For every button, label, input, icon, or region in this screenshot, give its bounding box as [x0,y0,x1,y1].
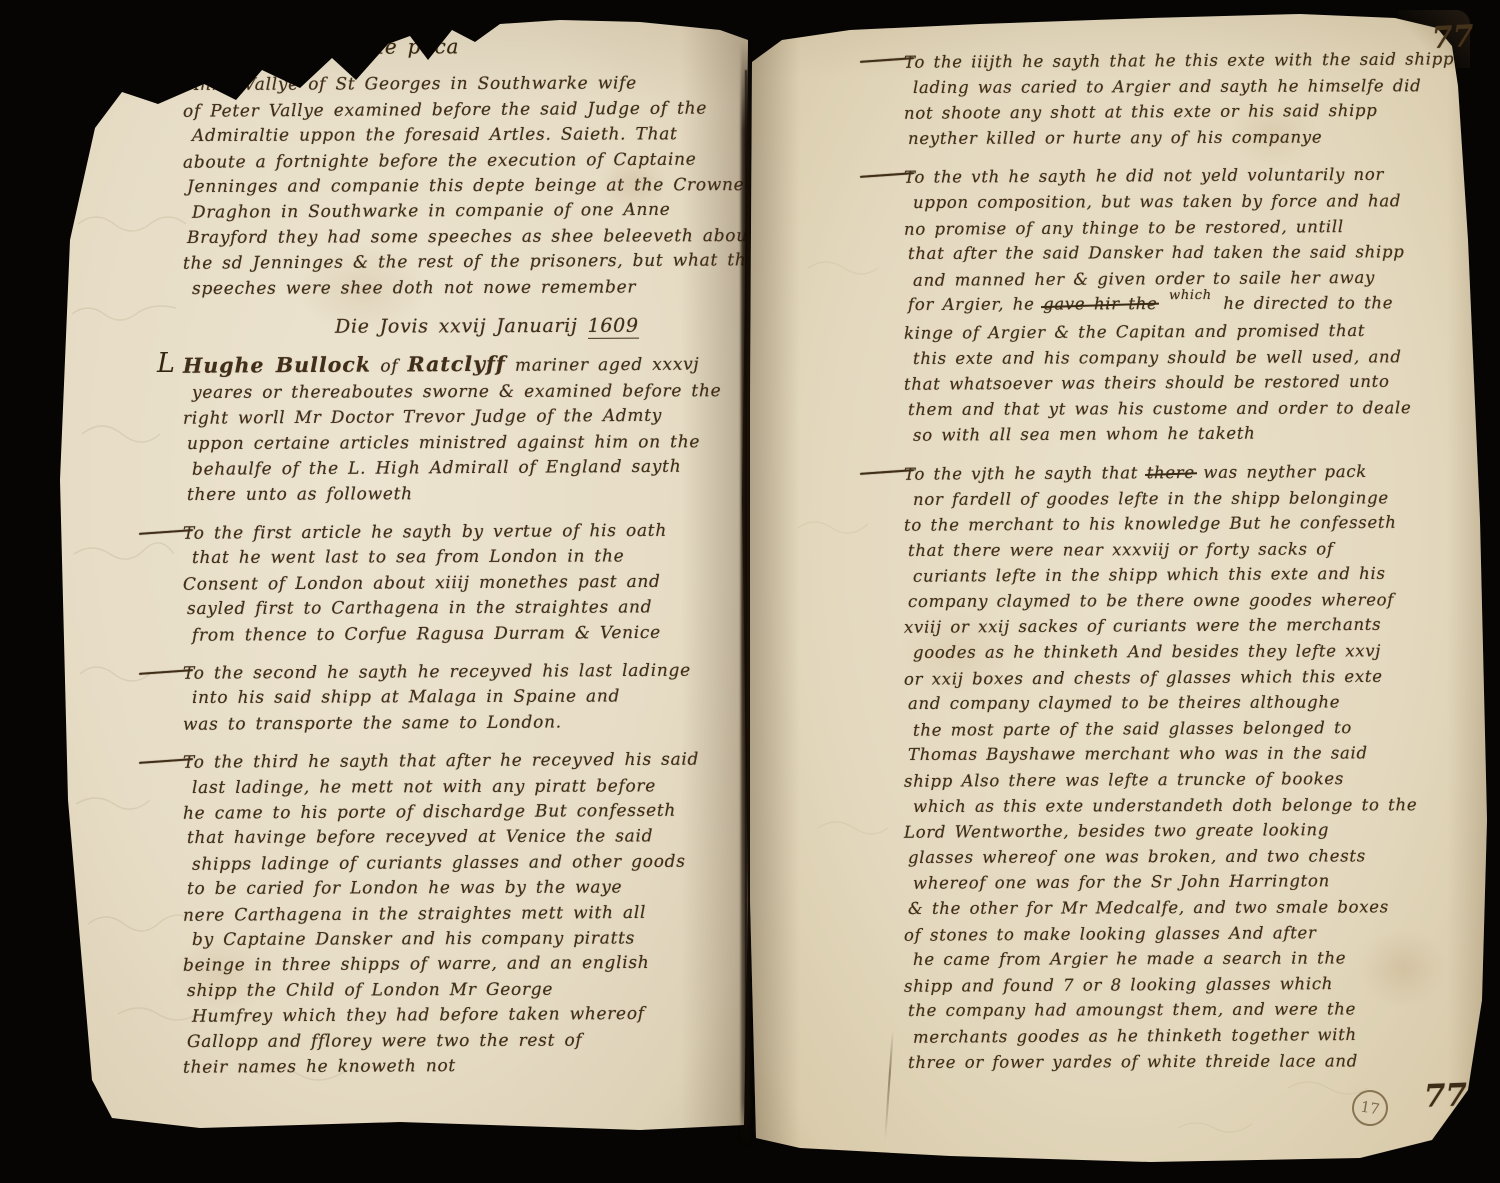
right-page-text: To the iiijth he sayth that he this exte… [904,48,1470,1087]
manuscript-line: the sd Jenninges & the rest of the priso… [183,249,749,278]
manuscript-line: aboute a fortnighte before the execution… [183,147,749,176]
manuscript-paragraph: To the vth he sayth he did not yeld volu… [904,163,1470,447]
folio-number-bottom: 77 [1423,1077,1467,1114]
manuscript-line: behaulfe of the L. High Admirall of Engl… [192,454,749,483]
manuscript-line: To the vjth he sayth that there was neyt… [904,458,1470,487]
manuscript-line: shipp and found 7 or 8 looking glasses w… [904,970,1470,999]
manuscript-line: nor fardell of goodes lefte in the shipp… [913,485,1470,513]
manuscript-line: merchants goodes as he thinketh together… [913,1021,1470,1050]
manuscript-paragraph: LHughe Bullock of Ratclyff mariner aged … [183,352,749,506]
manuscript-line: for Argier, he gave hir the which he dir… [908,290,1470,320]
manuscript-line: Die Jovis xxvij Januarij 1609 [335,313,749,340]
manuscript-line: kinge of Argier & the Capitan and promis… [904,317,1470,346]
manuscript-line: Humfrey which they had before taken wher… [192,1002,749,1031]
manuscript-line: that whatsoever was theirs should be res… [904,368,1470,397]
manuscript-line: not shoote any shott at this exte or his… [904,97,1470,126]
manuscript-line: shipp the Child of London Mr George [187,977,749,1004]
left-page-text: Die pdcaAnne Vallye of St Georges in Sou… [183,34,749,1092]
manuscript-paragraph: To the iiijth he sayth that he this exte… [904,48,1470,150]
manuscript-line: curiants lefte in the shipp which this e… [913,561,1470,590]
manuscript-line: or xxij boxes and chests of glasses whic… [904,663,1470,692]
manuscript-paragraph: To the third he sayth that after he rece… [183,749,749,1079]
manuscript-line: the company had amoungst them, and were … [908,996,1470,1024]
manuscript-line: Draghon in Southwarke in companie of one… [192,198,749,227]
manuscript-line: last ladinge, he mett not with any pirat… [192,774,749,801]
manuscript-line: To the vth he sayth he did not yeld volu… [904,162,1470,191]
manuscript-line: uppon certaine articles ministred agains… [187,430,749,457]
foliation-stamp-number: 17 [1359,1097,1381,1118]
emphasised-name: Ratclyff [408,352,506,377]
manuscript-line: To the iiijth he sayth that he this exte… [904,46,1470,75]
struck-text: there [1147,463,1195,482]
manuscript-line: he came to his porte of dischardge But c… [183,798,749,827]
manuscript-paragraph: To the second he sayth he receyved his l… [183,660,749,736]
manuscript-line: this exte and his company should be well… [913,344,1470,372]
book-gutter-crack [745,70,747,1130]
manuscript-line: glasses whereof one was broken, and two … [908,843,1470,871]
manuscript-line: that he went last to sea from London in … [192,544,749,571]
manuscript-line: neyther killed or hurte any of his compa… [908,124,1470,152]
manuscript-line: shipp Also there was lefte a truncke of … [904,765,1470,794]
manuscript-line: was to transporte the same to London. [183,709,749,738]
right-page: To the iiijth he sayth that he this exte… [748,8,1492,1176]
manuscript-line: & the other for Mr Medcalfe, and two sma… [908,894,1470,922]
manuscript-line: that after the said Dansker had taken th… [908,239,1470,267]
manuscript-paragraph: To the vjth he sayth that there was neyt… [904,460,1470,1074]
manuscript-line: into his said shipp at Malaga in Spaine … [192,684,749,711]
manuscript-line: Die pdca [361,33,749,60]
section-heading: Die pdca [183,34,749,59]
manuscript-line: them and that yt was his custome and ord… [908,395,1470,423]
manuscript-line: Brayford they had some speeches as shee … [187,224,749,251]
manuscript-line: company claymed to be there owne goodes … [908,587,1470,615]
manuscript-line: lading was caried to Argier and sayth he… [913,73,1470,101]
manuscript-line: Admiraltie uppon the foresaid Artles. Sa… [192,122,749,149]
manuscript-line: from thence to Corfue Ragusa Durram & Ve… [192,620,749,649]
manuscript-line: goodes as he thinketh And besides they l… [913,638,1470,666]
manuscript-line: sayled first to Carthagena in the straig… [187,595,749,622]
manuscript-line: Hughe Bullock of Ratclyff mariner aged x… [183,351,749,382]
manuscript-line: three or fower yardes of white threide l… [908,1048,1470,1076]
manuscript-line: Thomas Bayshawe merchant who was in the … [908,740,1470,768]
manuscript-line: xviij or xxij sackes of curiants were th… [904,612,1470,641]
manuscript-line: Anne Vallye of St Georges in Southwarke … [187,71,749,98]
manuscript-line: right worll Mr Doctor Trevor Judge of th… [183,404,749,433]
manuscript-line: that havinge before receyved at Venice t… [187,824,749,851]
manuscript-line: which as this exte understandeth doth be… [913,792,1470,820]
manuscript-line: of stones to make looking glasses And af… [904,919,1470,948]
manuscript-line: there unto as followeth [187,481,749,508]
manuscript-paragraph: To the first article he sayth by vertue … [183,520,749,647]
manuscript-line: To the third he sayth that after he rece… [183,747,749,776]
manuscript-line: shipps ladinge of curiants glasses and o… [192,849,749,878]
emphasised-name: Hughe Bullock [183,353,371,378]
manuscript-line: To the first article he sayth by vertue … [183,518,749,547]
manuscript-line: to the merchant to his knowledge But he … [904,509,1470,538]
manuscript-line: Jenninges and companie this depte beinge… [187,173,749,200]
manuscript-paragraph: Anne Vallye of St Georges in Southwarke … [183,72,749,301]
manuscript-line: and company claymed to be theires althou… [908,689,1470,717]
manuscript-line: to be caried for London he was by the wa… [187,875,749,902]
manuscript-photo: Die pdcaAnne Vallye of St Georges in Sou… [0,0,1500,1183]
date-heading: Die Jovis xxvij Januarij 1609 [183,314,749,339]
left-page: Die pdcaAnne Vallye of St Georges in Sou… [58,14,750,1154]
manuscript-line: Consent of London about xiiij monethes p… [183,569,749,598]
manuscript-line: Gallopp and fflorey were two the rest of [187,1028,749,1055]
manuscript-line: by Captaine Dansker and his company pira… [192,926,749,953]
manuscript-line: he came from Argier he made a search in … [913,945,1470,973]
manuscript-line: To the second he sayth he receyved his l… [183,658,749,687]
manuscript-line: no promise of any thinge to be restored,… [904,213,1470,242]
manuscript-line: yeares or thereaboutes sworne & examined… [192,379,749,406]
underlined-text: 1609 [588,315,639,339]
margin-mark: L [157,348,175,379]
manuscript-line: so with all sea men whom he taketh [913,420,1470,449]
manuscript-line: uppon composition, but was taken by forc… [913,188,1470,216]
interlinear-insertion: which [1169,288,1212,303]
manuscript-line: that there were near xxxviij or forty sa… [908,536,1470,564]
manuscript-line: of Peter Vallye examined before the said… [183,96,749,125]
manuscript-line: Lord Wentworthe, besides two greate look… [904,816,1470,845]
manuscript-line: nere Carthagena in the straightes mett w… [183,900,749,929]
manuscript-line: their names he knoweth not [183,1052,749,1081]
struck-text: gave hir the [1043,294,1157,313]
manuscript-line: speeches were shee doth not nowe remembe… [192,275,749,302]
folio-number-top: 77 [1431,19,1475,56]
manuscript-line: whereof one was for the Sr John Harringt… [913,868,1470,897]
manuscript-line: beinge in three shipps of warre, and an … [183,951,749,980]
manuscript-line: the most parte of the said glasses belon… [913,714,1470,743]
